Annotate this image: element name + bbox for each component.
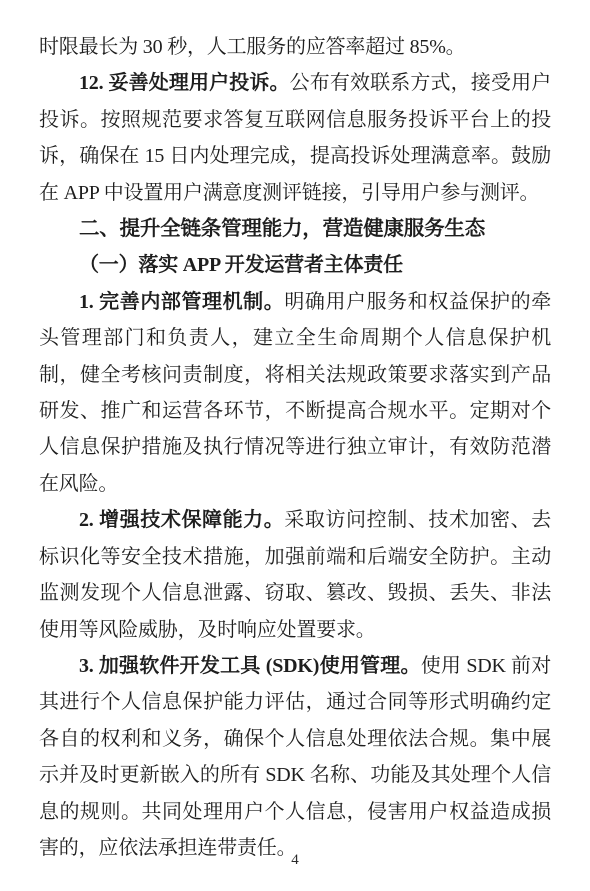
paragraph-12-lead: 12. 妥善处理用户投诉。 bbox=[79, 72, 290, 94]
page-number: 4 bbox=[0, 852, 590, 869]
paragraph-1-lead: 1. 完善内部管理机制。 bbox=[79, 291, 284, 313]
paragraph-2-lead: 2. 增强技术保障能力。 bbox=[79, 509, 284, 531]
section-heading: 二、提升全链条管理能力，营造健康服务生态 bbox=[39, 211, 551, 247]
paragraph-1: 1. 完善内部管理机制。明确用户服务和权益保护的牵头管理部门和负责人，建立全生命… bbox=[39, 284, 551, 502]
paragraph-3-lead: 3. 加强软件开发工具 (SDK)使用管理。 bbox=[79, 655, 421, 677]
paragraph-2: 2. 增强技术保障能力。采取访问控制、技术加密、去标识化等安全技术措施，加强前端… bbox=[39, 502, 551, 648]
paragraph-3-text: 使用 SDK 前对其进行个人信息保护能力评估，通过合同等形式明确约定各自的权利和… bbox=[39, 655, 551, 859]
paragraph-1-text: 明确用户服务和权益保护的牵头管理部门和负责人，建立全生命周期个人信息保护机制，健… bbox=[39, 291, 551, 495]
document-page: { "page": { "background": "#ffffff", "te… bbox=[0, 0, 590, 891]
paragraph-continuation: 时限最长为 30 秒，人工服务的应答率超过 85%。 bbox=[39, 29, 551, 65]
paragraph-3: 3. 加强软件开发工具 (SDK)使用管理。使用 SDK 前对其进行个人信息保护… bbox=[39, 648, 551, 866]
document-body: 时限最长为 30 秒，人工服务的应答率超过 85%。 12. 妥善处理用户投诉。… bbox=[39, 29, 551, 866]
paragraph-12: 12. 妥善处理用户投诉。公布有效联系方式，接受用户投诉。按照规范要求答复互联网… bbox=[39, 65, 551, 211]
subsection-heading: （一）落实 APP 开发运营者主体责任 bbox=[39, 247, 551, 283]
